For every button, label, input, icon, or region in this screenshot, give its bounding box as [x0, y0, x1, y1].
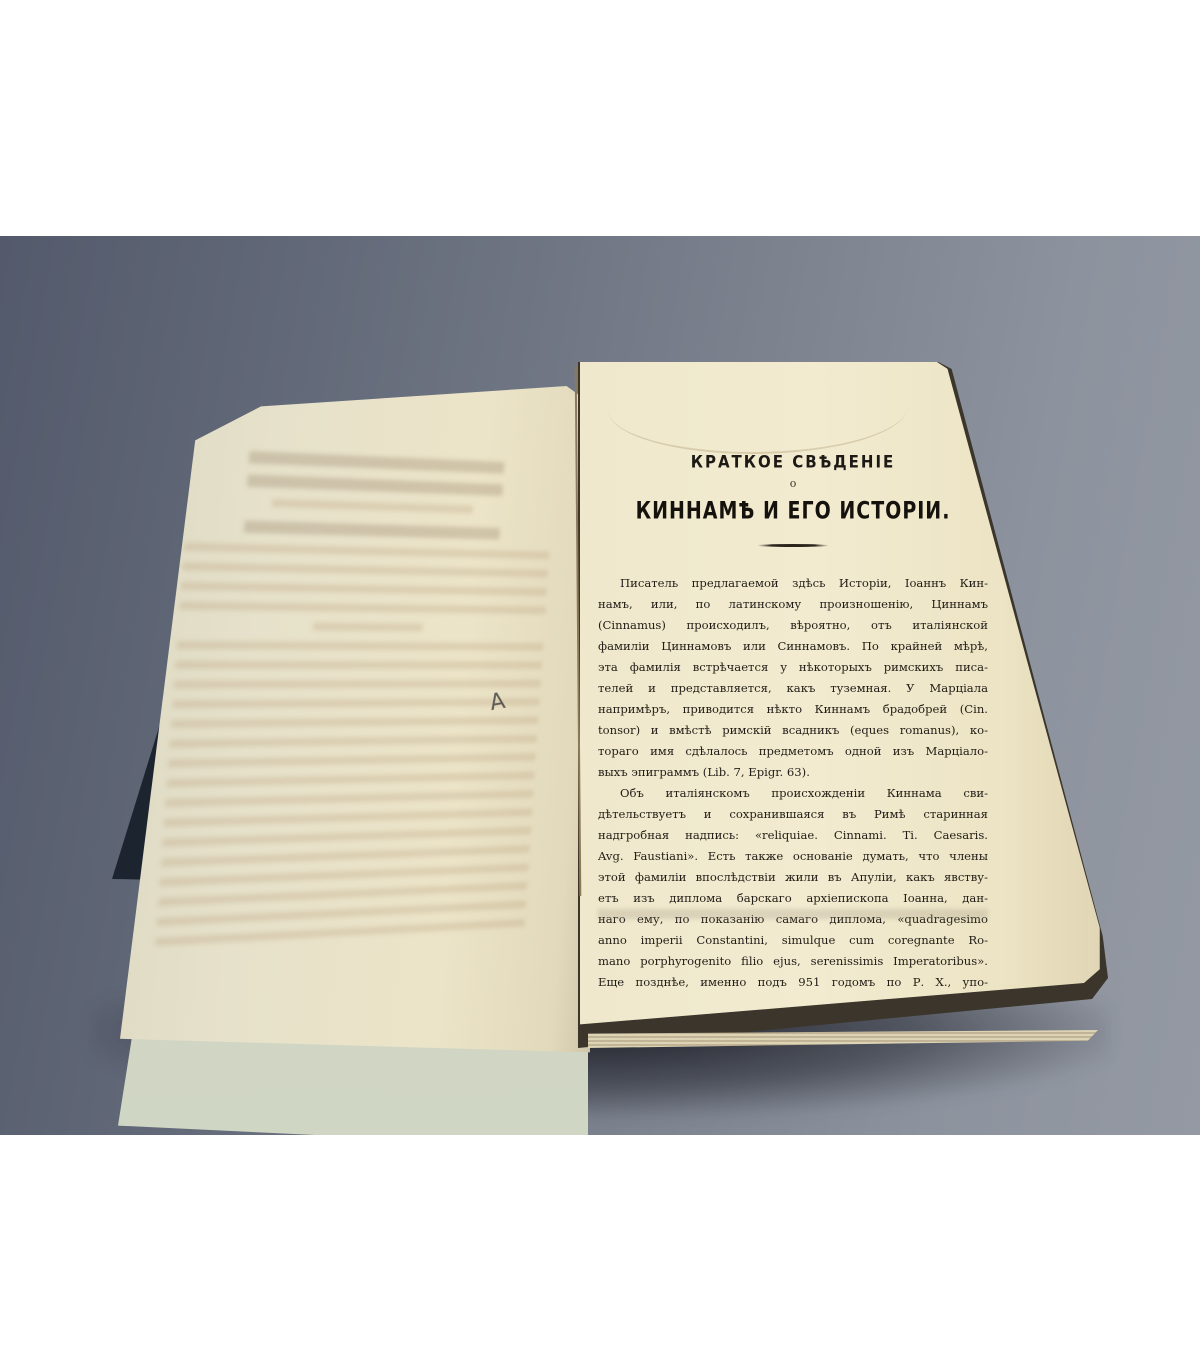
- chapter-subtitle: КИННАМѢ И ЕГО ИСТОРІИ.: [598, 497, 988, 525]
- text-line: напримѣръ, приводится нѣкто Киннамъ брад…: [598, 699, 988, 720]
- text-line: телей и представляется, какъ туземная. У…: [598, 678, 988, 699]
- book-photograph: A КРАТКОЕ СВѢДЕНІЕ о КИННАМѢ И ЕГО ИСТОР…: [0, 236, 1200, 1135]
- text-line: (Cinnamus) происходилъ, вѣроятно, отъ ит…: [598, 615, 988, 636]
- text-line: тораго имя сдѣлалось предметомъ одной из…: [598, 741, 988, 762]
- text-line: намъ, или, по латинскому произношенію, Ц…: [598, 594, 988, 615]
- text-line: надгробная надпись: «reliquiae. Cinnami.…: [598, 825, 988, 846]
- ornamental-rule: [757, 544, 829, 547]
- text-line: этой фамиліи впослѣдствіи жили въ Апуліи…: [598, 867, 988, 888]
- text-line: tonsor) и вмѣстѣ римскій всадникъ (eques…: [598, 720, 988, 741]
- text-line: фамиліи Циннамовъ или Синнамовъ. По край…: [598, 636, 988, 657]
- text-line: anno imperii Constantini, simulque cum c…: [598, 930, 988, 951]
- chapter-title: КРАТКОЕ СВѢДЕНІЕ: [598, 452, 988, 473]
- bleed-through-line: [598, 909, 988, 919]
- left-page: [120, 386, 590, 1066]
- left-page-bleed-through: [159, 448, 556, 894]
- paragraph-2: Объ италіянскомъ происхожденіи Киннама с…: [598, 783, 988, 993]
- text-line: mano porphyrogenito filio ejus, sereniss…: [598, 951, 988, 972]
- text-line: эта фамилія встрѣчается у нѣкоторыхъ рим…: [598, 657, 988, 678]
- title-connector: о: [598, 477, 988, 490]
- text-line: дѣтельствуетъ и сохранившаяся въ Римѣ ст…: [598, 804, 988, 825]
- text-line: Объ италіянскомъ происхожденіи Киннама с…: [598, 783, 988, 804]
- text-line: выхъ эпиграммъ (Lib. 7, Epigr. 63).: [598, 762, 988, 783]
- text-line: Еще позднѣе, именно подъ 951 годомъ по Р…: [598, 972, 988, 993]
- text-line: Писатель предлагаемой здѣсь Исторіи, Іоа…: [598, 573, 988, 594]
- text-line: Avg. Faustiani». Есть также основаніе ду…: [598, 846, 988, 867]
- text-line: етъ изъ диплома барскаго архіепископа Іо…: [598, 888, 988, 909]
- paragraph-1: Писатель предлагаемой здѣсь Исторіи, Іоа…: [598, 573, 988, 783]
